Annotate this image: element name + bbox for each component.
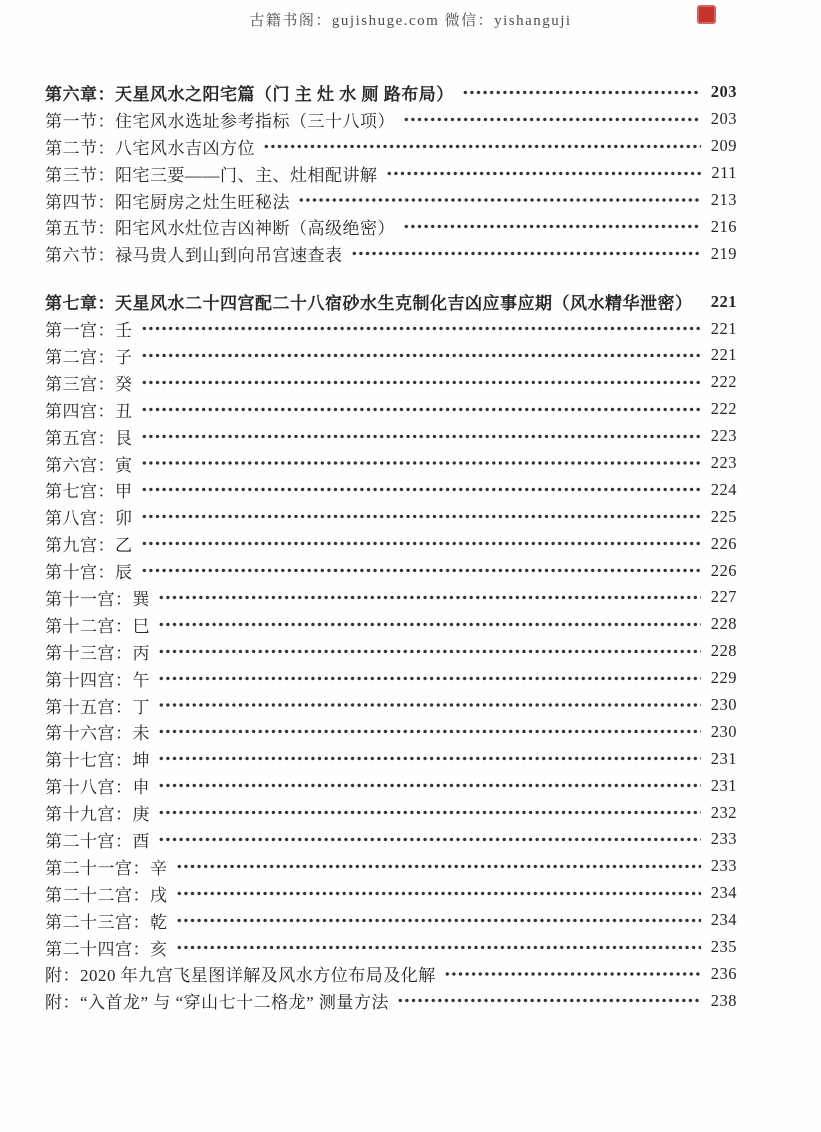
- red-seal-icon: [697, 5, 716, 24]
- toc-row: 第十八宫：申231: [45, 772, 737, 799]
- toc-appendix-row: 附：“入首龙” 与 “穿山七十二格龙” 测量方法238: [45, 987, 737, 1014]
- dot-leader: [263, 133, 701, 160]
- toc-row: 第二节：八宅风水吉凶方位209: [45, 133, 737, 160]
- toc-entry-label: 第三节：阳宅三要——门、主、灶相配讲解: [45, 161, 378, 186]
- dot-leader: [397, 987, 701, 1014]
- toc-entry-label: 第六节：禄马贵人到山到向吊宫速查表: [45, 241, 343, 266]
- toc-entry-page-number: 235: [707, 937, 737, 957]
- toc-row: 第十九宫：庚232: [45, 799, 737, 826]
- dot-leader: [403, 213, 701, 240]
- dot-leader: [158, 611, 701, 638]
- dot-leader: [403, 106, 701, 133]
- toc-row: 第五宫：艮223: [45, 423, 737, 450]
- toc-entry-page-number: 211: [707, 163, 737, 183]
- toc-row: 第十六宫：未230: [45, 718, 737, 745]
- dot-leader: [141, 476, 702, 503]
- toc-row: 第三宫：癸222: [45, 369, 737, 396]
- dot-leader: [141, 315, 702, 342]
- toc-entry-label: 第二十宫：酉: [45, 827, 150, 852]
- toc-row: 第四节：阳宅厨房之灶生旺秘法213: [45, 187, 737, 214]
- toc-entry-page-number: 236: [707, 964, 737, 984]
- toc-row: 第一节：住宅风水选址参考指标（三十八项）203: [45, 106, 737, 133]
- toc-entry-page-number: 222: [707, 372, 737, 392]
- toc-entry-page-number: 229: [707, 668, 737, 688]
- toc-row: 第二十三宫：乾234: [45, 907, 737, 934]
- toc-chapter-row: 第六章：天星风水之阳宅篇（门 主 灶 水 厕 路布局）203: [45, 79, 737, 106]
- toc-entry-label: 第二宫：子: [45, 343, 133, 368]
- dot-leader: [141, 369, 702, 396]
- toc-entry-label: 第二节：八宅风水吉凶方位: [45, 134, 255, 159]
- toc-entry-label: 第二十一宫：辛: [45, 854, 168, 879]
- toc-row: 第九宫：乙226: [45, 530, 737, 557]
- toc-entry-label: 第十宫：辰: [45, 558, 133, 583]
- toc-row: 第六节：禄马贵人到山到向吊宫速查表219: [45, 240, 737, 267]
- toc-entry-label: 第十九宫：庚: [45, 800, 150, 825]
- toc-entry-page-number: 223: [707, 426, 737, 446]
- toc-appendix-row: 附：2020 年九宫飞星图详解及风水方位布局及化解236: [45, 961, 737, 988]
- toc-entry-page-number: 228: [707, 641, 737, 661]
- toc-entry-page-number: 228: [707, 614, 737, 634]
- toc-row: 第八宫：卯225: [45, 503, 737, 530]
- toc-entry-page-number: 231: [707, 776, 737, 796]
- toc-entry-label: 第四节：阳宅厨房之灶生旺秘法: [45, 188, 290, 213]
- toc-entry-page-number: 203: [707, 82, 737, 102]
- dot-leader: [176, 880, 702, 907]
- toc-entry-label: 第七宫：甲: [45, 477, 133, 502]
- toc-row: 第六宫：寅223: [45, 450, 737, 477]
- toc-entry-page-number: 230: [707, 695, 737, 715]
- toc-entry-label: 第七章：天星风水二十四宫配二十八宿砂水生克制化吉凶应事应期（风水精华泄密）: [45, 289, 693, 314]
- dot-leader: [141, 530, 702, 557]
- dot-leader: [176, 907, 702, 934]
- dot-leader: [141, 396, 702, 423]
- toc-row: 第三节：阳宅三要——门、主、灶相配讲解211: [45, 160, 737, 187]
- toc-entry-label: 第十六宫：未: [45, 719, 150, 744]
- toc-entry-label: 第二十四宫：亥: [45, 935, 168, 960]
- dot-leader: [158, 692, 701, 719]
- toc-entry-page-number: 224: [707, 480, 737, 500]
- toc-row: 第十宫：辰226: [45, 557, 737, 584]
- toc-entry-label: 第十三宫：丙: [45, 639, 150, 664]
- toc-entry-label: 第六宫：寅: [45, 451, 133, 476]
- dot-leader: [141, 342, 702, 369]
- toc-entry-page-number: 233: [707, 829, 737, 849]
- toc-entry-label: 第二十三宫：乾: [45, 908, 168, 933]
- dot-leader: [141, 450, 702, 477]
- toc-row: 第十一宫：巽227: [45, 584, 737, 611]
- toc-entry-page-number: 213: [707, 190, 737, 210]
- toc-entry-label: 第八宫：卯: [45, 504, 133, 529]
- toc-entry-label: 第四宫：丑: [45, 397, 133, 422]
- dot-leader: [176, 934, 702, 961]
- toc-entry-page-number: 238: [707, 991, 737, 1011]
- toc-entry-label: 第十四宫：午: [45, 666, 150, 691]
- toc-entry-label: 第一宫：壬: [45, 316, 133, 341]
- toc-entry-page-number: 219: [707, 244, 737, 264]
- toc-row: 第二宫：子221: [45, 342, 737, 369]
- dot-leader: [351, 240, 702, 267]
- toc-chapter-row: 第七章：天星风水二十四宫配二十八宿砂水生克制化吉凶应事应期（风水精华泄密）221: [45, 288, 737, 315]
- toc-row: 第七宫：甲224: [45, 476, 737, 503]
- toc-entry-label: 第六章：天星风水之阳宅篇（门 主 灶 水 厕 路布局）: [45, 80, 454, 105]
- toc-entry-page-number: 232: [707, 803, 737, 823]
- toc-row: 第二十二宫：戌234: [45, 880, 737, 907]
- toc-row: 第十三宫：丙228: [45, 638, 737, 665]
- toc-entry-page-number: 221: [707, 319, 737, 339]
- toc-entry-page-number: 223: [707, 453, 737, 473]
- toc-entry-label: 附：“入首龙” 与 “穿山七十二格龙” 测量方法: [45, 988, 389, 1013]
- toc-row: 第二十宫：酉233: [45, 826, 737, 853]
- toc-list: 第六章：天星风水之阳宅篇（门 主 灶 水 厕 路布局）203第一节：住宅风水选址…: [45, 79, 737, 1014]
- toc-row: 第五节：阳宅风水灶位吉凶神断（高级绝密）216: [45, 213, 737, 240]
- toc-entry-page-number: 230: [707, 722, 737, 742]
- toc-entry-label: 第十二宫：巳: [45, 612, 150, 637]
- dot-leader: [176, 853, 702, 880]
- toc-row: 第十七宫：坤231: [45, 745, 737, 772]
- dot-leader: [158, 826, 701, 853]
- dot-leader: [158, 745, 701, 772]
- toc-row: 第一宫：壬221: [45, 315, 737, 342]
- toc-entry-label: 第三宫：癸: [45, 370, 133, 395]
- toc-entry-page-number: 227: [707, 587, 737, 607]
- document-page: 古籍书阁：gujishuge.com 微信：yishanguji 第六章：天星风…: [0, 0, 821, 1132]
- toc-entry-label: 附：2020 年九宫飞星图详解及风水方位布局及化解: [45, 961, 436, 986]
- dot-leader: [701, 288, 702, 315]
- toc-row: 第四宫：丑222: [45, 396, 737, 423]
- toc-entry-page-number: 216: [707, 217, 737, 237]
- dot-leader: [158, 638, 701, 665]
- toc-entry-label: 第十八宫：申: [45, 773, 150, 798]
- toc-entry-label: 第十五宫：丁: [45, 693, 150, 718]
- toc-entry-page-number: 221: [707, 345, 737, 365]
- dot-leader: [158, 772, 701, 799]
- toc-entry-page-number: 203: [707, 109, 737, 129]
- toc-entry-label: 第十七宫：坤: [45, 746, 150, 771]
- toc-entry-page-number: 225: [707, 507, 737, 527]
- dot-leader: [141, 557, 702, 584]
- toc-entry-page-number: 226: [707, 561, 737, 581]
- toc-entry-label: 第五节：阳宅风水灶位吉凶神断（高级绝密）: [45, 214, 395, 239]
- toc-entry-page-number: 221: [707, 292, 737, 312]
- toc-row: 第十二宫：巳228: [45, 611, 737, 638]
- toc-row: 第二十四宫：亥235: [45, 934, 737, 961]
- toc-row: 第十四宫：午229: [45, 665, 737, 692]
- dot-leader: [158, 718, 701, 745]
- toc-entry-page-number: 233: [707, 856, 737, 876]
- toc-entry-page-number: 209: [707, 136, 737, 156]
- toc-entry-label: 第二十二宫：戌: [45, 881, 168, 906]
- dot-leader: [158, 584, 701, 611]
- toc-row: 第十五宫：丁230: [45, 692, 737, 719]
- toc-entry-page-number: 234: [707, 910, 737, 930]
- dot-leader: [141, 503, 702, 530]
- toc-entry-page-number: 231: [707, 749, 737, 769]
- toc-entry-page-number: 226: [707, 534, 737, 554]
- toc-entry-label: 第一节：住宅风水选址参考指标（三十八项）: [45, 107, 395, 132]
- dot-leader: [141, 423, 702, 450]
- dot-leader: [298, 187, 701, 214]
- toc-entry-page-number: 234: [707, 883, 737, 903]
- dot-leader: [444, 961, 701, 988]
- toc-entry-label: 第五宫：艮: [45, 424, 133, 449]
- dot-leader: [462, 79, 701, 106]
- dot-leader: [158, 799, 701, 826]
- toc-entry-page-number: 222: [707, 399, 737, 419]
- toc-entry-label: 第九宫：乙: [45, 531, 133, 556]
- dot-leader: [386, 160, 702, 187]
- dot-leader: [158, 665, 701, 692]
- toc-row: 第二十一宫：辛233: [45, 853, 737, 880]
- toc-entry-label: 第十一宫：巽: [45, 585, 150, 610]
